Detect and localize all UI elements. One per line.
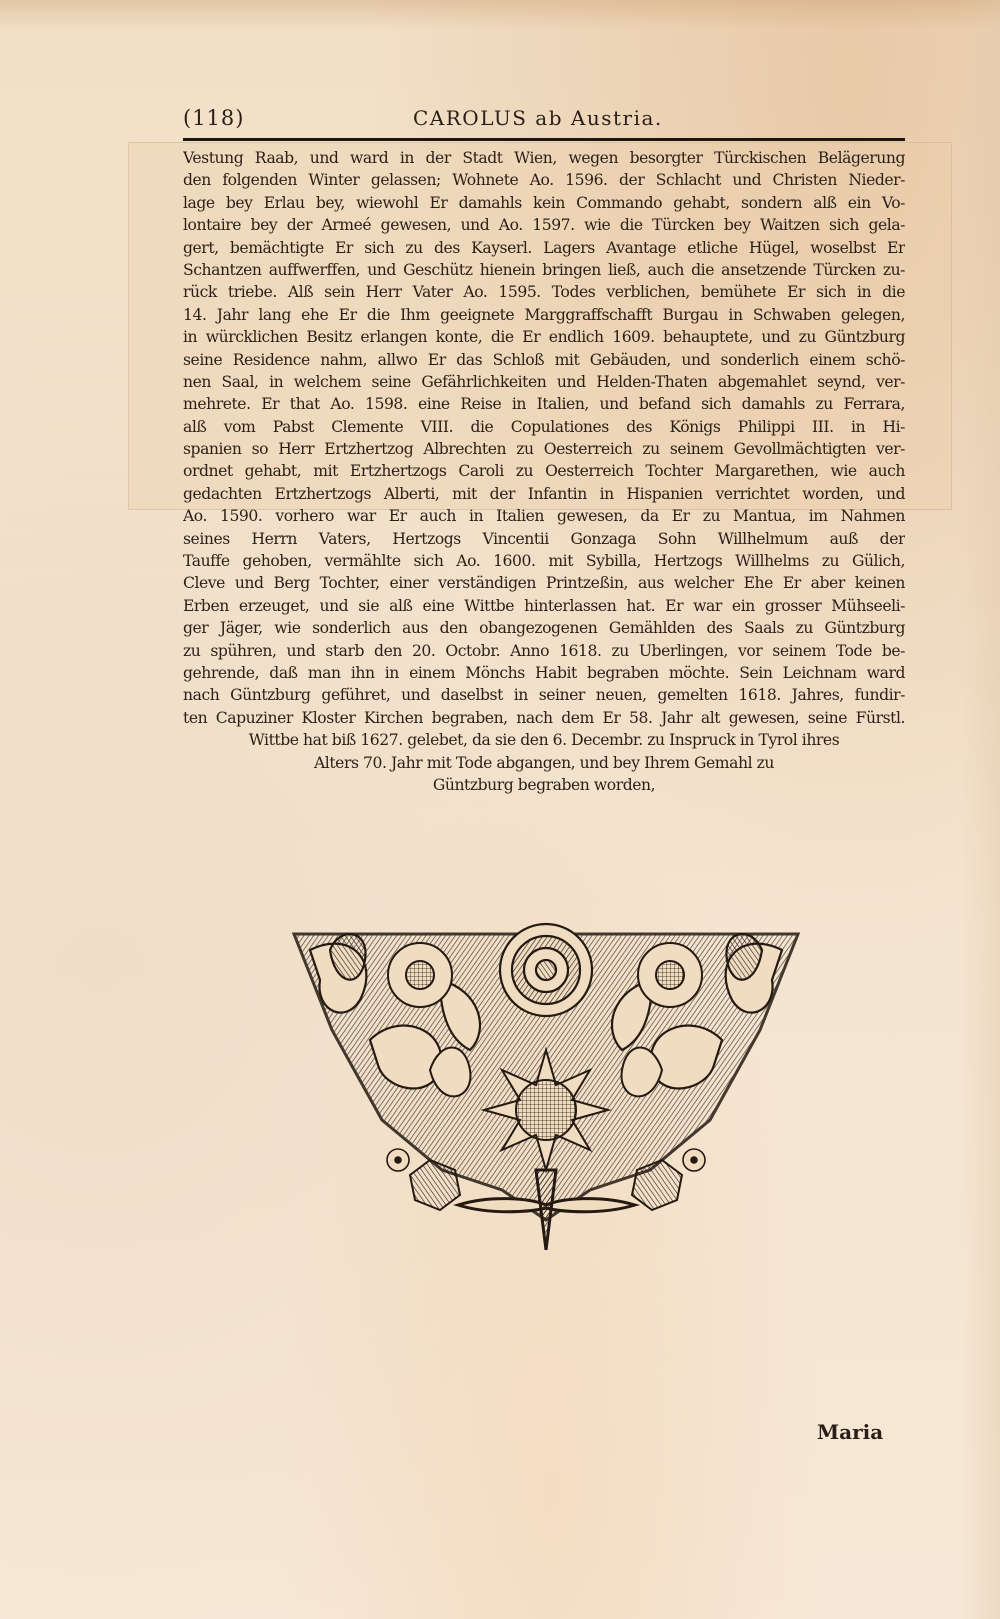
text-line: rück triebe. Alß sein Herr Vater Ao. 159… bbox=[183, 281, 905, 303]
text-line: mehrete. Er that Ao. 1598. eine Reise in… bbox=[183, 393, 905, 415]
text-line: 14. Jahr lang ehe Er die Ihm geeignete M… bbox=[183, 304, 905, 326]
paper-stain-right bbox=[960, 0, 1000, 1619]
text-line: gehrende, daß man ihn in einem Mönchs Ha… bbox=[183, 662, 905, 684]
text-line: Schantzen auffwerffen, und Geschütz hien… bbox=[183, 259, 905, 281]
text-line: lontaire bey der Armeé gewesen, und Ao. … bbox=[183, 214, 905, 236]
running-head: (118) CAROLUS ab Austria. bbox=[183, 106, 905, 136]
text-line: seines Herrn Vaters, Hertzogs Vincentii … bbox=[183, 528, 905, 550]
text-line-centered: Güntzburg begraben worden, bbox=[183, 774, 905, 796]
floral-woodcut-tailpiece-icon bbox=[290, 920, 802, 1250]
text-line: ten Capuziner Kloster Kirchen begraben, … bbox=[183, 707, 905, 729]
text-line: lage bey Erlau bey, wiewohl Er damahls k… bbox=[183, 192, 905, 214]
text-line: alß vom Pabst Clemente VIII. die Copulat… bbox=[183, 416, 905, 438]
body-text: Vestung Raab, und ward in der Stadt Wien… bbox=[183, 147, 905, 796]
text-line: spanien so Herr Ertzhertzog Albrechten z… bbox=[183, 438, 905, 460]
text-line: gert, bemächtigte Er sich zu des Kayserl… bbox=[183, 237, 905, 259]
text-line: seine Residence nahm, allwo Er das Schlo… bbox=[183, 349, 905, 371]
text-line: Erben erzeuget, und sie alß eine Wittbe … bbox=[183, 595, 905, 617]
text-line: ordnet gehabt, mit Ertzhertzogs Caroli z… bbox=[183, 460, 905, 482]
text-line: Tauffe gehoben, vermählte sich Ao. 1600.… bbox=[183, 550, 905, 572]
text-line: nach Güntzburg geführet, und daselbst in… bbox=[183, 684, 905, 706]
text-line: nen Saal, in welchem seine Gefährlichkei… bbox=[183, 371, 905, 393]
catchword: Maria bbox=[817, 1420, 883, 1444]
text-line-centered: Alters 70. Jahr mit Tode abgangen, und b… bbox=[183, 752, 905, 774]
page-number: (118) bbox=[183, 106, 244, 130]
header-rule bbox=[183, 138, 905, 141]
text-line: den folgenden Winter gelassen; Wohnete A… bbox=[183, 169, 905, 191]
text-line: Vestung Raab, und ward in der Stadt Wien… bbox=[183, 147, 905, 169]
text-line: gedachten Ertzhertzogs Alberti, mit der … bbox=[183, 483, 905, 505]
text-line: in würcklichen Besitz erlangen konte, di… bbox=[183, 326, 905, 348]
running-title: CAROLUS ab Austria. bbox=[413, 106, 663, 130]
text-line-centered: Wittbe hat biß 1627. gelebet, da sie den… bbox=[183, 729, 905, 751]
paper-stain-top bbox=[0, 0, 1000, 30]
text-line: zu spühren, und starb den 20. Octobr. An… bbox=[183, 640, 905, 662]
text-line: ger Jäger, wie sonderlich aus den obange… bbox=[183, 617, 905, 639]
text-line: Cleve und Berg Tochter, einer verständig… bbox=[183, 572, 905, 594]
text-line: Ao. 1590. vorhero war Er auch in Italien… bbox=[183, 505, 905, 527]
